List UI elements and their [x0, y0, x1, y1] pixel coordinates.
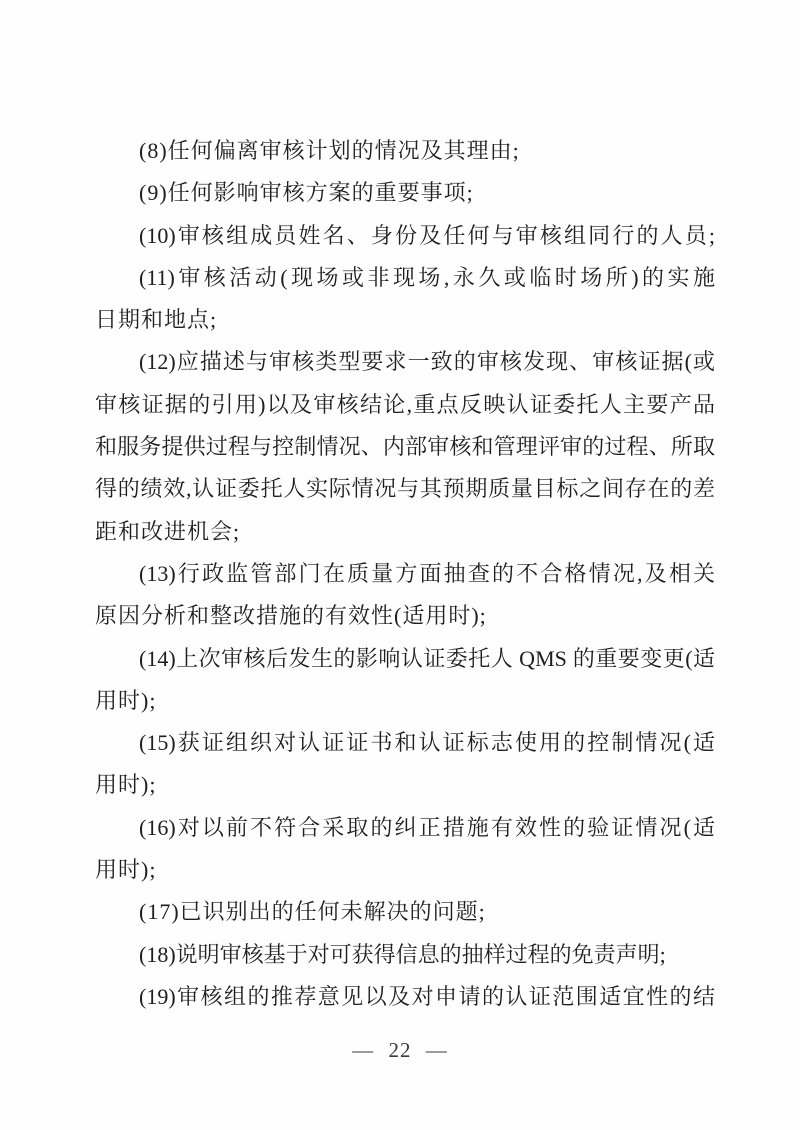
doc-line-item-13: (13)行政监管部门在质量方面抽查的不合格情况,及相关 — [95, 553, 715, 595]
page-number: — 22 — — [0, 1038, 800, 1063]
doc-line-item-8: (8)任何偏离审核计划的情况及其理由; — [95, 130, 715, 172]
doc-line-item-12-cont: 和服务提供过程与控制情况、内部审核和管理评审的过程、所取 — [95, 426, 715, 468]
doc-line-item-19: (19)审核组的推荐意见以及对申请的认证范围适宜性的结 — [95, 976, 715, 1018]
doc-line-item-12-cont: 审核证据的引用)以及审核结论,重点反映认证委托人主要产品 — [95, 384, 715, 426]
doc-line-item-18: (18)说明审核基于对可获得信息的抽样过程的免责声明; — [95, 934, 715, 976]
document-page: (8)任何偏离审核计划的情况及其理由; (9)任何影响审核方案的重要事项; (1… — [0, 0, 800, 1130]
doc-line-item-12-cont: 距和改进机会; — [95, 511, 715, 553]
doc-line-item-15-cont: 用时); — [95, 764, 715, 806]
document-body: (8)任何偏离审核计划的情况及其理由; (9)任何影响审核方案的重要事项; (1… — [95, 130, 715, 1018]
doc-line-item-10: (10)审核组成员姓名、身份及任何与审核组同行的人员; — [95, 215, 715, 257]
doc-line-item-12: (12)应描述与审核类型要求一致的审核发现、审核证据(或 — [95, 341, 715, 383]
doc-line-item-17: (17)已识别出的任何未解决的问题; — [95, 891, 715, 933]
doc-line-item-14: (14)上次审核后发生的影响认证委托人 QMS 的重要变更(适 — [95, 638, 715, 680]
doc-line-item-16: (16)对以前不符合采取的纠正措施有效性的验证情况(适 — [95, 807, 715, 849]
doc-line-item-13-cont: 原因分析和整改措施的有效性(适用时); — [95, 595, 715, 637]
doc-line-item-15: (15)获证组织对认证证书和认证标志使用的控制情况(适 — [95, 722, 715, 764]
doc-line-item-14-cont: 用时); — [95, 680, 715, 722]
doc-line-item-11-cont: 日期和地点; — [95, 299, 715, 341]
doc-line-item-11: (11)审核活动(现场或非现场,永久或临时场所)的实施 — [95, 257, 715, 299]
doc-line-item-9: (9)任何影响审核方案的重要事项; — [95, 172, 715, 214]
doc-line-item-12-cont: 得的绩效,认证委托人实际情况与其预期质量目标之间存在的差 — [95, 468, 715, 510]
doc-line-item-16-cont: 用时); — [95, 849, 715, 891]
